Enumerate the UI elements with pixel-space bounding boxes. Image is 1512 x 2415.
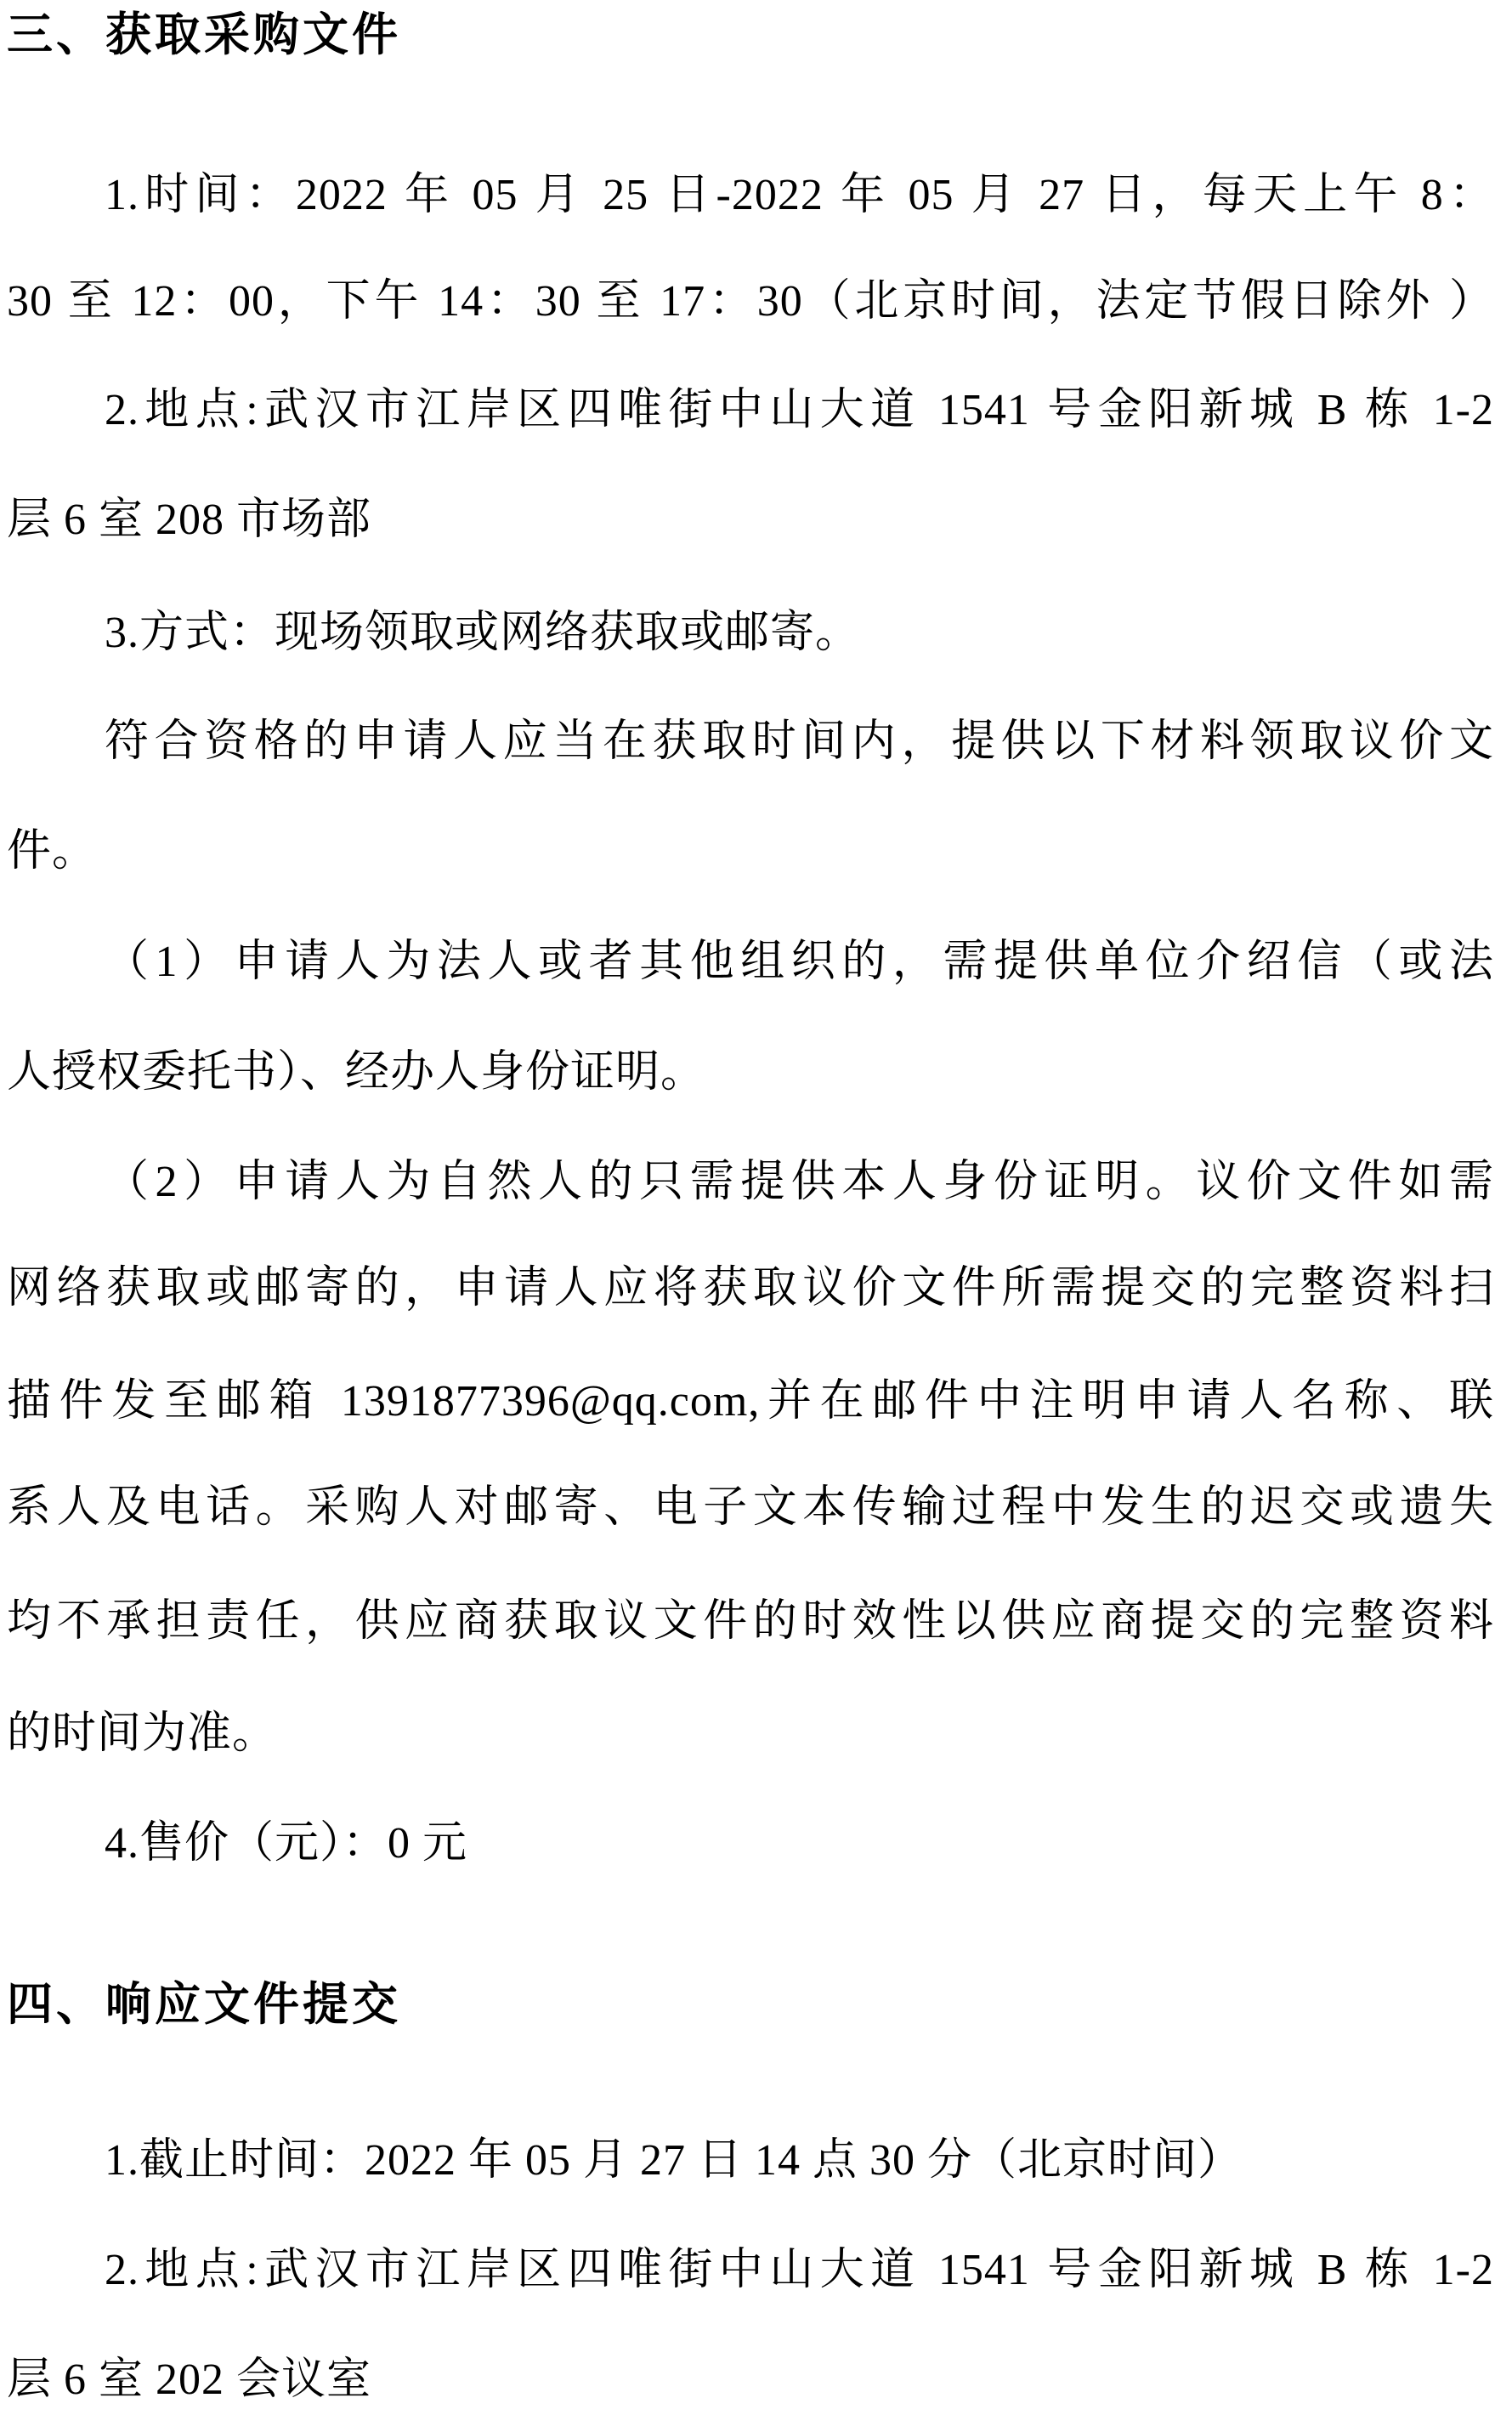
s3-item1-line-2: 人授权委托书）、经办人身份证明。 <box>7 1047 1494 1098</box>
s4-address-line-2: 层 6 室 202 会议室 <box>7 2355 1494 2406</box>
s3-qualify-line-1: 符合资格的申请人应当在获取时间内，提供以下材料领取议价文 <box>7 717 1494 768</box>
s3-time-line-2: 30 至 12：00，下午 14：30 至 17：30（北京时间，法定节假日除外… <box>7 276 1494 327</box>
section-4-heading: 四、响应文件提交 <box>7 1978 1498 2031</box>
email-line-suffix: ,并在邮件中注明申请人名称、联 <box>748 1377 1494 1426</box>
s3-method-line: 3.方式：现场领取或网络获取或邮寄。 <box>7 608 1494 659</box>
email-line-prefix: 描件发至邮箱 <box>7 1377 341 1426</box>
s4-deadline-line: 1.截止时间：2022 年 05 月 27 日 14 点 30 分（北京时间） <box>7 2135 1494 2186</box>
s3-qualify-line-2: 件。 <box>7 826 1494 877</box>
s3-item2-line-5: 均不承担责任，供应商获取议文件的时效性以供应商提交的完整资料 <box>7 1596 1494 1647</box>
s3-address-line-2: 层 6 室 208 市场部 <box>7 495 1494 546</box>
section-3-heading: 三、获取采购文件 <box>7 9 1498 61</box>
s3-item2-line-4: 系人及电话。采购人对邮寄、电子文本传输过程中发生的迟交或遗失 <box>7 1482 1494 1533</box>
s3-item2-line-1: （2）申请人为自然人的只需提供本人身份证明。议价文件如需 <box>7 1157 1494 1208</box>
s3-item2-line-3: 描件发至邮箱 1391877396@qq.com,并在邮件中注明申请人名称、联 <box>7 1376 1494 1427</box>
s4-address-line-1: 2.地点:武汉市江岸区四唯街中山大道 1541 号金阳新城 B 栋 1-2 <box>7 2245 1494 2296</box>
s3-address-line-1: 2.地点:武汉市江岸区四唯街中山大道 1541 号金阳新城 B 栋 1-2 <box>7 385 1494 436</box>
s3-item2-line-6: 的时间为准。 <box>7 1709 1494 1760</box>
s3-time-line-1: 1.时间：2022 年 05 月 25 日-2022 年 05 月 27 日，每… <box>7 170 1494 221</box>
s3-price-line: 4.售价（元）：0 元 <box>7 1818 1494 1869</box>
s3-item1-line-1: （1）申请人为法人或者其他组织的，需提供单位介绍信（或法 <box>7 937 1494 988</box>
email-address: 1391877396@qq.com <box>341 1377 748 1426</box>
s3-item2-line-2: 网络获取或邮寄的，申请人应将获取议价文件所需提交的完整资料扫 <box>7 1263 1494 1314</box>
